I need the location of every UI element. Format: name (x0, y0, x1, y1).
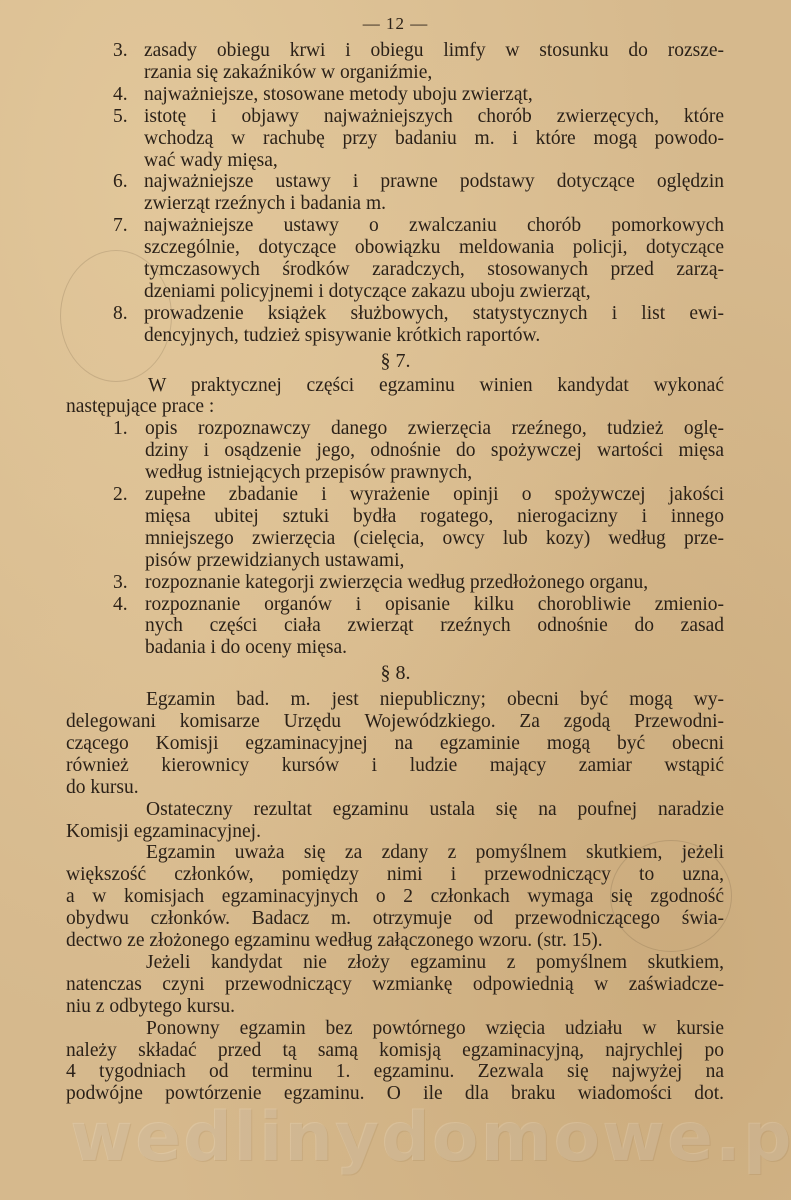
list-item-line: najważniejsze ustawy i prawne podstawy d… (144, 171, 724, 193)
list-number: 5. (113, 106, 128, 128)
list-item-line: zwierząt rzeźnych i badania m. (144, 193, 724, 215)
paragraph-line: następujące prace : (66, 396, 366, 418)
paragraph-line: większość członków, pomiędzy nimi i prze… (66, 864, 724, 886)
list-item-line: szczególnie, dotyczące obowiązku meldowa… (144, 237, 724, 259)
section-heading: § 7. (0, 350, 791, 372)
list-item-line: opis rozpoznawczy danego zwierzęcia rzeź… (145, 418, 724, 440)
paragraph-line: niu z odbytego kursu. (66, 996, 724, 1018)
document-page: — 12 — 3.zasady obiegu krwi i obiegu lim… (0, 0, 791, 1200)
list-item-line: według istniejących przepisów prawnych, (145, 462, 724, 484)
list-number: 7. (113, 215, 128, 237)
paragraph-line: Jeżeli kandydat nie złoży egzaminu z pom… (146, 952, 724, 974)
paragraph-line: W praktycznej części egzaminu winien kan… (148, 375, 724, 397)
list-item-line: badania i do oceny mięsa. (145, 637, 724, 659)
watermark: wedlinydomowe.pl (70, 1098, 791, 1177)
list-item-line: rzania się zakaźników w organiźmie, (144, 62, 724, 84)
list-item-line: wać wady mięsa, (144, 150, 724, 172)
list-item-line: rozpoznanie organów i opisanie kilku cho… (145, 594, 724, 616)
list-item-line: pisów przewidzianych ustawami, (145, 550, 724, 572)
list-number: 3. (113, 40, 128, 62)
list-item-line: zasady obiegu krwi i obiegu limfy w stos… (144, 40, 724, 62)
paragraph-line: również kierownicy kursów i ludzie mając… (66, 755, 724, 777)
list-item-line: dziny i osądzenie jego, odnośnie do spoż… (145, 440, 724, 462)
paragraph-line: do kursu. (66, 777, 724, 799)
list-number: 3. (113, 572, 128, 594)
list-item-line: mięsa ubitej sztuki bydła rogatego, nier… (145, 506, 724, 528)
paragraph-line: dectwo ze złożonego egzaminu według załą… (66, 930, 724, 952)
paragraph-line: należy składać przed tą samą komisją egz… (66, 1040, 724, 1062)
paragraph-line: natenczas czyni przewodniczący wzmiankę … (66, 974, 724, 996)
page-number: — 12 — (0, 14, 791, 34)
list-number: 4. (113, 594, 128, 616)
list-item-line: tymczasowych środków zaradczych, stosowa… (144, 259, 724, 281)
paragraph-line: Egzamin uważa się za zdany z pomyślnem s… (146, 842, 724, 864)
list-number: 8. (113, 303, 128, 325)
paragraph-line: Ostateczny rezultat egzaminu ustala się … (146, 799, 724, 821)
list-number: 2. (113, 484, 128, 506)
list-item-line: najważniejsze, stosowane metody uboju zw… (144, 84, 724, 106)
list-item-line: wchodzą w rachubę przy badaniu m. i któr… (144, 128, 724, 150)
list-item-line: najważniejsze ustawy o zwalczaniu chorób… (144, 215, 724, 237)
paragraph-line: 4 tygodniach od terminu 1. egzaminu. Zez… (66, 1061, 724, 1083)
section-heading: § 8. (0, 662, 791, 684)
paragraph-line: Ponowny egzamin bez powtórnego wzięcia u… (146, 1018, 724, 1040)
paragraph-line: czącego Komisji egzaminacyjnej na egzami… (66, 733, 724, 755)
list-item-line: dencyjnych, tudzież spisywanie krótkich … (144, 325, 724, 347)
paragraph-line: Egzamin bad. m. jest niepubliczny; obecn… (146, 689, 724, 711)
paragraph-line: obydwu członków. Badacz m. otrzymuje od … (66, 908, 724, 930)
paragraph-line: podwójne powtórzenie egzaminu. O ile dla… (66, 1083, 724, 1105)
list-item-line: mniejszego zwierzęcia (cielęcia, owcy lu… (145, 528, 724, 550)
list-number: 1. (113, 418, 128, 440)
paragraph-line: delegowani komisarze Urzędu Wojewódzkieg… (66, 711, 724, 733)
paragraph-line: Komisji egzaminacyjnej. (66, 821, 724, 843)
list-item-line: istotę i objawy najważniejszych chorób z… (144, 106, 724, 128)
list-item-line: zupełne zbadanie i wyrażenie opinji o sp… (145, 484, 724, 506)
list-number: 6. (113, 171, 128, 193)
list-item-line: nych części ciała zwierząt rzeźnych odno… (145, 615, 724, 637)
list-item-line: dzeniami policyjnemi i dotyczące zakazu … (144, 281, 724, 303)
list-item-line: prowadzenie książek służbowych, statysty… (144, 303, 724, 325)
list-number: 4. (113, 84, 128, 106)
paragraph-line: a w komisjach egzaminacyjnych o 2 członk… (66, 886, 724, 908)
list-item-line: rozpoznanie kategorji zwierzęcia według … (145, 572, 724, 594)
